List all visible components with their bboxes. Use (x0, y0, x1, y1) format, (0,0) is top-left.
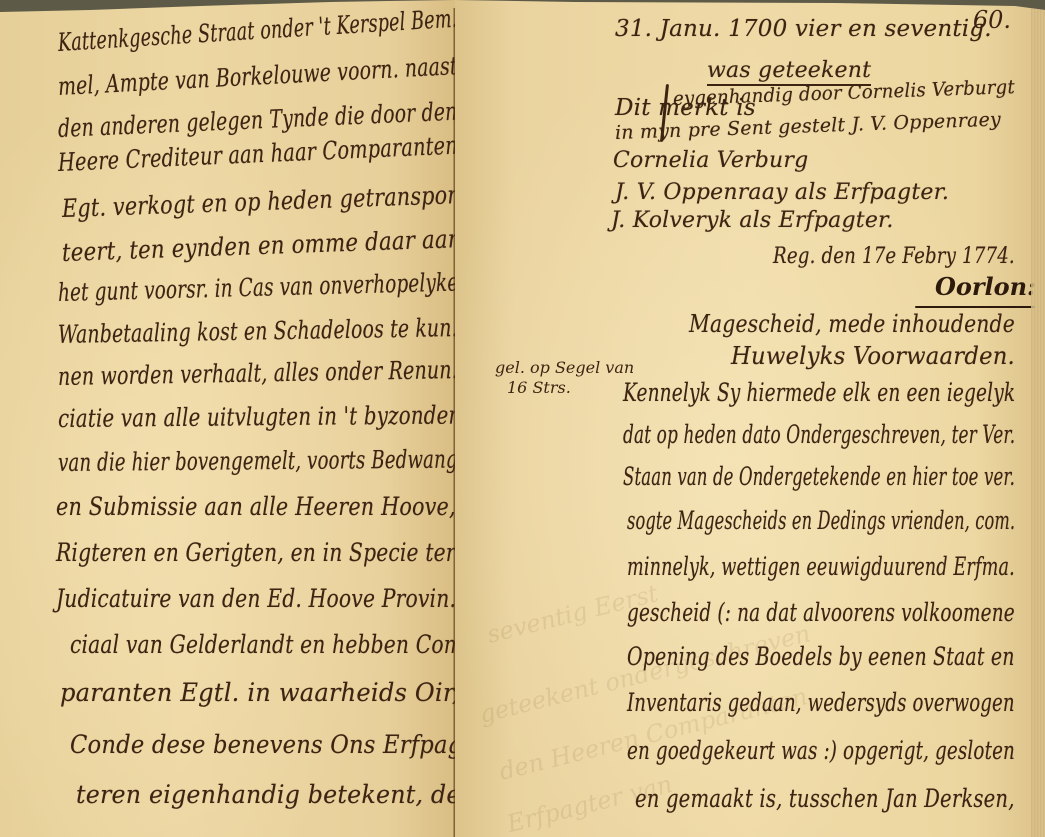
open-book: Kattenkgesche Straat onder 't Kerspel Be… (0, 0, 1045, 837)
left-line-1: Kattenkgesche Straat onder 't Kerspel Be… (57, 4, 455, 57)
left-line-7: het gunt voorsr. in Cas van onverhopelyk… (58, 268, 455, 307)
right-line-registered: Reg. den 17e Febry 1774. (773, 244, 1015, 269)
left-page: Kattenkgesche Straat onder 't Kerspel Be… (0, 0, 455, 837)
right-line-12: Kennelyk Sy hiermede elk en een iegelyk (623, 378, 1015, 407)
right-line-kolveryk: J. Kolveryk als Erfpagter. (611, 208, 894, 233)
right-line-21: en gemaakt is, tusschen Jan Derksen, (635, 784, 1015, 813)
right-line-14: Staan van de Ondergetekende en hier toe … (623, 462, 1015, 491)
right-heading-magescheid: Magescheid, mede inhoudende (689, 310, 1015, 338)
right-line-18: Opening des Boedels by eenen Staat en (627, 642, 1015, 671)
left-line-2: mel, Ampte van Borkelouwe voorn. naast (57, 51, 455, 101)
right-line-19: Inventaris gedaan, wedersyds overwogen (627, 688, 1015, 717)
left-line-16: paranten Egtl. in waarheids Oir, (60, 678, 455, 707)
right-line-cornelia: Cornelia Verburg (613, 148, 808, 173)
left-line-17: Conde dese benevens Ons Erfpag. (70, 730, 455, 759)
right-page: seventig Eerst geteekent ondergeschreven… (455, 0, 1045, 837)
left-line-8: Wanbetaaling kost en Schadeloos te kun. (58, 313, 455, 349)
margin-note-stamp-duty-2: 16 Strs. (507, 378, 571, 397)
left-line-5: Egt. verkogt en op heden getranspor. (61, 180, 455, 223)
left-line-11: van die hier bovengemelt, voorts Bedwang (58, 445, 455, 477)
left-line-9: nen worden verhaalt, alles onder Renun. (58, 355, 455, 391)
right-line-17: gescheid (: na dat alvoorens volkoomene (627, 598, 1015, 627)
left-line-18: teren eigenhandig betekent, den (76, 780, 455, 809)
right-heading-huwelyks: Huwelyks Voorwaarden. (731, 342, 1015, 370)
right-line-20: en goedgekeurt was :) opgerigt, gesloten (627, 736, 1015, 765)
page-edges (1031, 0, 1045, 837)
left-line-15: ciaal van Gelderlandt en hebben Com. (70, 630, 455, 659)
right-line-13: dat op heden dato Ondergeschreven, ter V… (623, 420, 1015, 449)
left-line-12: en Submissie aan alle Heeren Hoove, (56, 492, 455, 521)
margin-note-stamp-duty-1: gel. op Segel van (495, 358, 634, 377)
left-line-13: Rigteren en Gerigten, en in Specie ter (56, 538, 455, 567)
clerk-signature: Oorlon: (935, 272, 1036, 301)
signature-underline (915, 306, 1035, 308)
right-line-date: 31. Janu. 1700 vier en seventig. (615, 16, 992, 42)
left-line-14: Judicatuire van den Ed. Hoove Provin. (56, 584, 455, 613)
right-line-16: minnelyk, wettigen eeuwigduurend Erfma. (627, 552, 1015, 581)
left-line-10: ciatie van alle uitvlugten in 't byzonde… (58, 401, 455, 433)
left-line-6: teert, ten eynden en omme daar aan (61, 224, 455, 267)
right-line-oppenraay: J. V. Oppenraay als Erfpagter. (615, 180, 949, 205)
right-line-15: sogte Magescheids en Dedings vrienden, c… (627, 506, 1015, 535)
